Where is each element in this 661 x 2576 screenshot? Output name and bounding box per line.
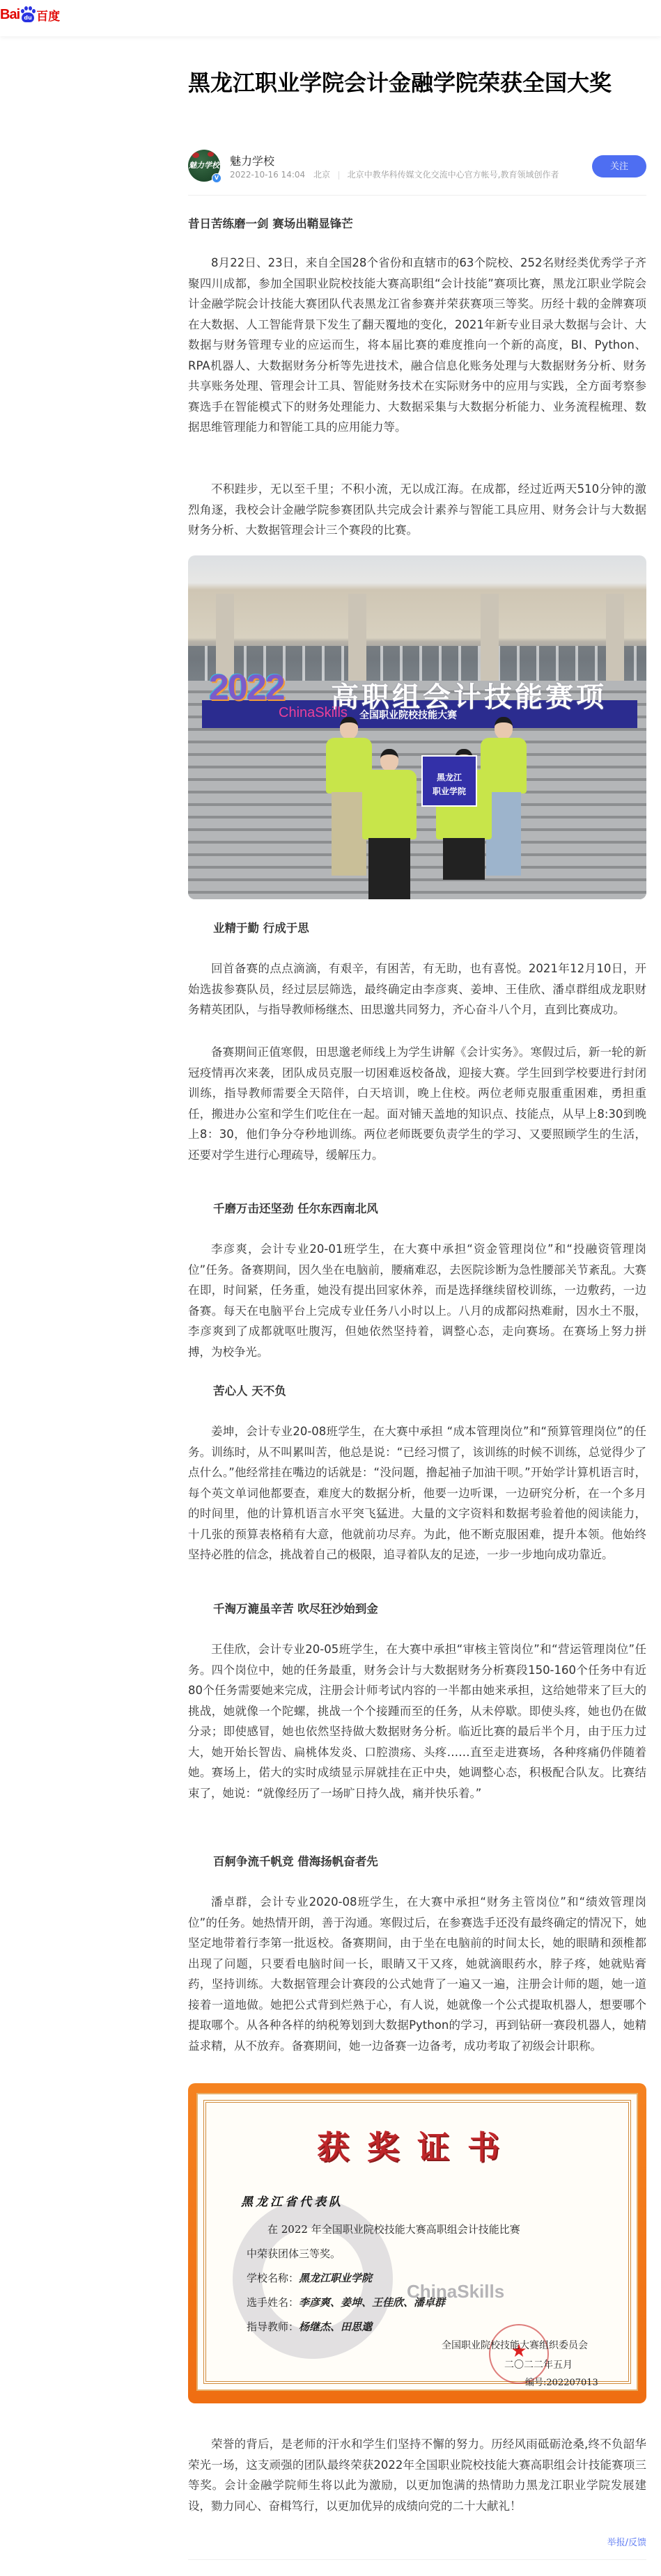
certificate-line: 在 2022 年全国职业院校技能大赛高职组会计技能比赛 [267, 2222, 520, 2236]
baidu-logo[interactable]: Bai du 百度 [0, 4, 60, 25]
author-meta: 2022-10-16 14:04 北京 北京中教华科传媒文化交流中心官方帐号,教… [230, 168, 559, 180]
verified-badge-icon: V [212, 173, 221, 183]
author-bar: 魅力学校 V 魅力学校 2022-10-16 14:04 北京 北京中教华科传媒… [188, 150, 646, 184]
publish-datetime: 2022-10-16 14:04 [230, 170, 305, 180]
paragraph: 回首备赛的点点滴滴，有艰辛，有困苦，有无助，也有喜悦。2021年12月10日，开… [188, 958, 646, 1020]
certificate-date: 二〇二二年五月 [504, 2357, 573, 2371]
divider [188, 195, 646, 196]
section-body: 备赛期间正值寒假，田思邈老师线上为学生讲解《会计实务》。寒假过后，新一轮的新冠疫… [188, 1042, 646, 1165]
paw-icon: du [20, 6, 36, 23]
paragraph: 姜坤，会计专业20-08班学生，在大赛中承担 “成本管理岗位”和“预算管理岗位”… [188, 1421, 646, 1565]
section-body: 姜坤，会计专业20-08班学生，在大赛中承担 “成本管理岗位”和“预算管理岗位”… [188, 1421, 646, 1565]
meta-divider [339, 171, 339, 180]
certificate-school: 学校名称：黑龙江职业学院 [247, 2270, 372, 2285]
section-body: 潘卓群，会计专业2020-08班学生，在大赛中承担“财务主管岗位”和“绩效管理岗… [188, 1892, 646, 2056]
paragraph: 备赛期间正值寒假，田思邈老师线上为学生讲解《会计实务》。寒假过后，新一轮的新冠疫… [188, 1042, 646, 1165]
logo-cn-text: 百度 [36, 6, 60, 24]
certificate-recipient: 黑龙江省代表队 [241, 2192, 343, 2209]
paragraph: 王佳欣，会计专业20-05班学生，在大赛中承担“审核主管岗位”和“营运管理岗位”… [188, 1639, 646, 1803]
team-photo[interactable]: 2022 高职组会计技能赛项 ChinaSkills 全国职业院校技能大赛 黑龙… [188, 555, 646, 899]
banner-year: 2022 [209, 667, 284, 709]
certificate-line: 中荣获团体三等奖。 [247, 2246, 341, 2261]
section-body: 不积跬步，无以至千里；不积小流，无以成江海。在成都，经过近两天510分钟的激烈角… [188, 479, 646, 541]
closing-body: 荣誉的背后，是老师的汗水和学生们坚持不懈的努力。历经风雨砥砺沧桑,终不负韶华荣光… [188, 2434, 646, 2516]
paragraph: 荣誉的背后，是老师的汗水和学生们坚持不懈的努力。历经风雨砥砺沧桑,终不负韶华荣光… [188, 2434, 646, 2516]
section-body: 王佳欣，会计专业20-05班学生，在大赛中承担“审核主管岗位”和“营运管理岗位”… [188, 1639, 646, 1803]
certificate-title: 获奖证书 [198, 2122, 637, 2168]
section-heading: 业精于勤 行成于思 [213, 920, 309, 937]
paragraph: 潘卓群，会计专业2020-08班学生，在大赛中承担“财务主管岗位”和“绩效管理岗… [188, 1892, 646, 2056]
certificate-watermark: ChinaSkills [407, 2281, 504, 2302]
top-bar: Bai du 百度 [0, 0, 661, 36]
paragraph: 8月22日、23日，来自全国28个省份和直辖市的63个院校、252名财经类优秀学… [188, 253, 646, 438]
follow-button[interactable]: 关注 [592, 155, 646, 177]
school-sign: 黑龙江 职业学院 [421, 755, 477, 807]
section-heading: 千淘万漉虽辛苦 吹尽狂沙始到金 [213, 1601, 378, 1618]
report-feedback-link[interactable]: 举报/反馈 [607, 2535, 646, 2548]
section-body: 回首备赛的点点滴滴，有艰辛，有困苦，有无助，也有喜悦。2021年12月10日，开… [188, 958, 646, 1020]
section-heading: 昔日苦练磨一剑 赛场出鞘显锋芒 [188, 216, 353, 232]
certificate-teachers: 指导教师：杨继杰、田思邈 [247, 2319, 372, 2334]
section-heading: 苦心人 天不负 [213, 1383, 286, 1400]
banner-subtitle: 全国职业院校技能大赛 [359, 708, 457, 722]
section-heading: 千磨万击还坚劲 任尔东西南北风 [213, 1201, 378, 1217]
paragraph: 李彦爽，会计专业20-01班学生，在大赛中承担“资金管理岗位”和“投融资管理岗位… [188, 1239, 646, 1362]
paragraph: 不积跬步，无以至千里；不积小流，无以成江海。在成都，经过近两天510分钟的激烈角… [188, 479, 646, 541]
certificate-issuer: 全国职业院校技能大赛组织委员会 [442, 2338, 588, 2352]
article-title: 黑龙江职业学院会计金融学院荣获全国大奖 [188, 66, 646, 100]
publish-location: 北京 [313, 170, 330, 180]
author-description: 北京中教华科传媒文化交流中心官方帐号,教育领域创作者 [348, 170, 559, 180]
divider [188, 2559, 646, 2560]
section-body: 李彦爽，会计专业20-01班学生，在大赛中承担“资金管理岗位”和“投融资管理岗位… [188, 1239, 646, 1362]
certificate-number: 编号:202207013 [525, 2375, 598, 2388]
section-body: 8月22日、23日，来自全国28个省份和直辖市的63个院校、252名财经类优秀学… [188, 253, 646, 438]
author-name[interactable]: 魅力学校 [230, 152, 274, 168]
award-certificate-image[interactable]: 获奖证书 黑龙江省代表队 在 2022 年全国职业院校技能大赛高职组会计技能比赛… [188, 2083, 646, 2403]
section-heading: 百舸争流千帆竞 借海扬帆奋者先 [213, 1854, 378, 1870]
logo-latin-text: Bai [0, 7, 20, 23]
